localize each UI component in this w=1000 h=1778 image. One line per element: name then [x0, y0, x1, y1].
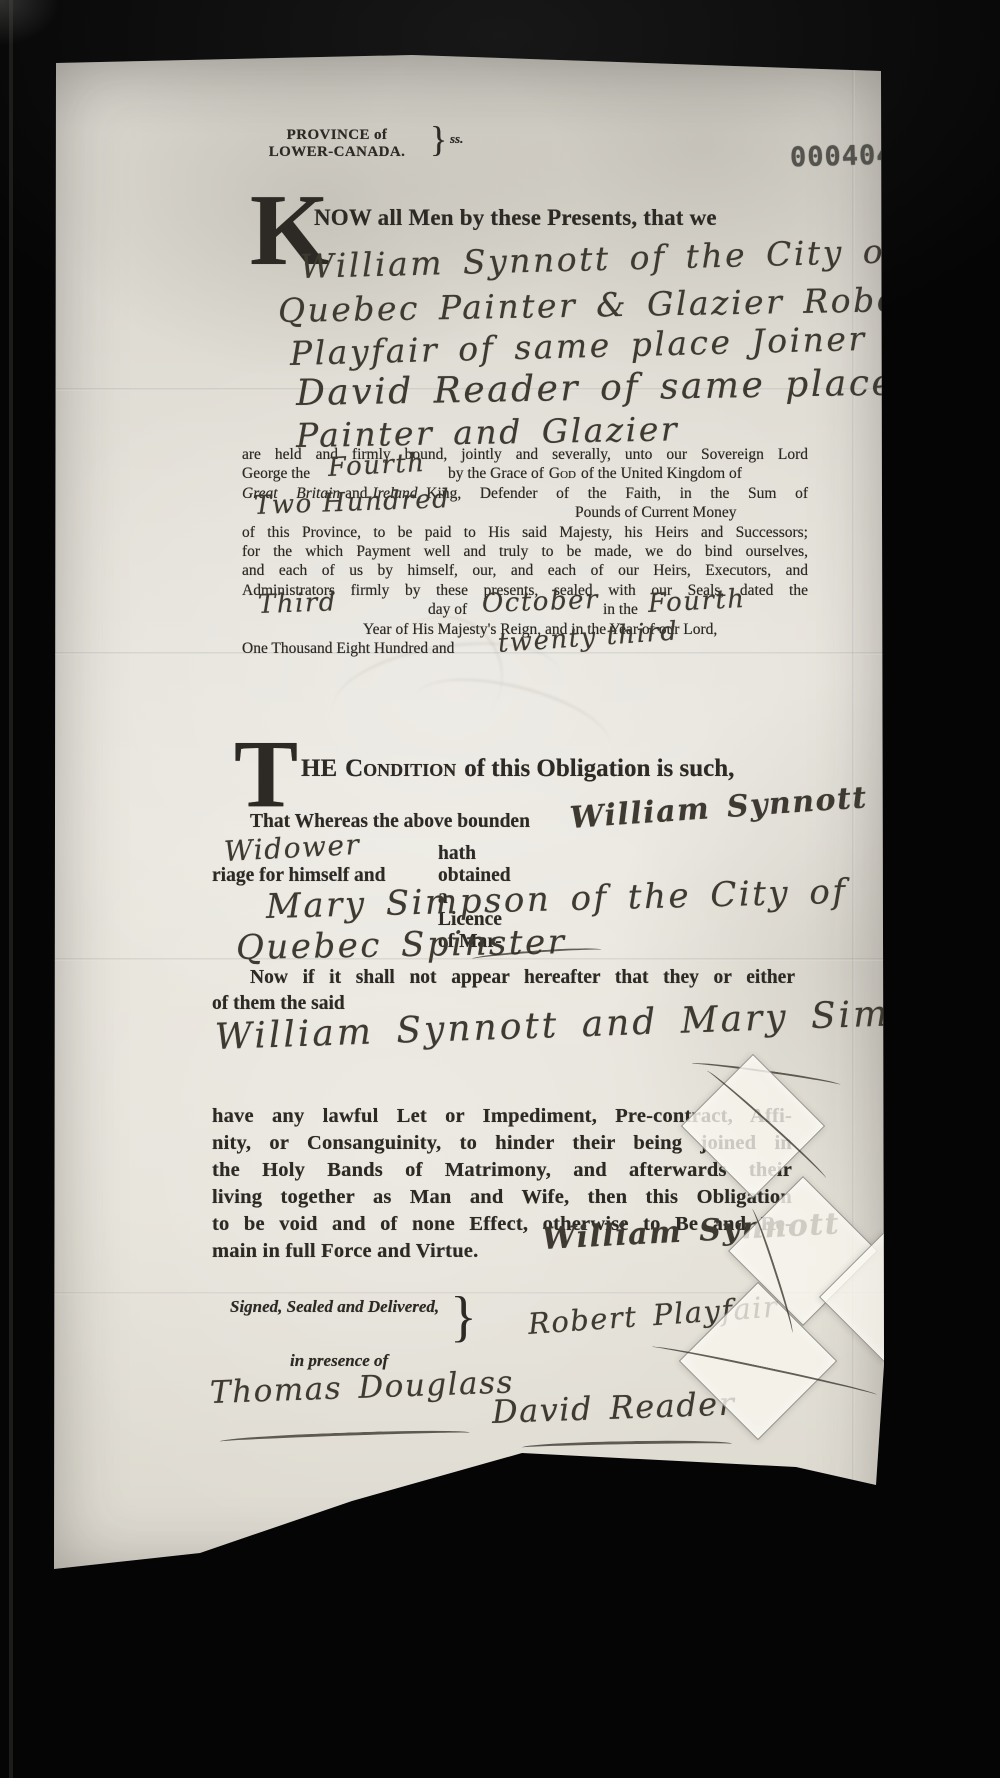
- province-line1: PROVINCE of: [247, 127, 427, 144]
- handwritten-day-third: Third: [258, 593, 338, 615]
- nowif-line2: of them the said: [212, 993, 345, 1015]
- bond-line2: George the Fourth by the Grace ofGodof t…: [242, 464, 808, 483]
- condition-heading: HEConditionof this Obligation is such,: [301, 755, 734, 783]
- signature-surety2: David Reader: [491, 1385, 736, 1431]
- bond-line7: and each of us by himself, our, and each…: [242, 561, 808, 580]
- opening-heading: NOW all Men by these Presents, that we: [314, 205, 717, 231]
- bond-year-pre: One Thousand Eight Hundred and: [242, 640, 454, 657]
- condition-heading-condition: Condition: [345, 755, 456, 782]
- handwritten-year-twenty-third: twenty third: [497, 622, 679, 654]
- handwritten-month-october: October: [482, 591, 600, 614]
- bond-line3-rest: King, Defender of the Faith, in the Sum …: [426, 485, 808, 502]
- whereas-line2: Widower hath obtained a Licence of Mar-: [224, 835, 360, 868]
- whereas-pre: That Whereas the above bounden: [250, 811, 530, 832]
- handwritten-sum-two-hundred: Two Hundred: [254, 490, 451, 516]
- province-header: PROVINCE of LOWER-CANADA.: [247, 127, 427, 161]
- attestation-line1: Signed, Sealed and Delivered,: [230, 1297, 439, 1317]
- impediment-line6: main in full Force and Virtue. William S…: [212, 1238, 792, 1265]
- bond-pounds-text: Pounds of Current Money: [575, 503, 736, 522]
- bond-kingdom-text: of the United Kingdom of: [581, 465, 742, 482]
- attestation-line2: in presence of: [290, 1351, 388, 1371]
- bond-god-smallcaps: God: [549, 465, 576, 482]
- signature-underline-flourish: [522, 1439, 732, 1452]
- bond-line11: One Thousand Eight Hundred and twenty th…: [242, 639, 808, 658]
- document-paper: PROVINCE of LOWER-CANADA. } ss. 000404 K…: [52, 55, 884, 1575]
- bond-line6: for the which Payment well and truly to …: [242, 542, 808, 561]
- bond-line2-post: by the Grace ofGodof the United Kingdom …: [448, 464, 742, 483]
- condition-heading-rest: of this Obligation is such,: [464, 755, 734, 782]
- dropcap-t: T: [234, 737, 298, 812]
- bond-line4: Two Hundred Pounds of Current Money: [242, 503, 808, 522]
- handwritten-regnal-fourth: Fourth: [327, 454, 426, 478]
- bond-line9: Third day of October in the Fourth: [242, 600, 808, 619]
- handwritten-bride-line2: Quebec Spinster: [236, 922, 567, 968]
- impediment-line4: living together as Man and Wife, then th…: [212, 1184, 792, 1211]
- header-brace: }: [430, 121, 447, 157]
- stamp-number: 000404: [790, 140, 894, 174]
- impediment-line3: the Holy Bands of Matrimony, and afterwa…: [212, 1157, 792, 1184]
- handwritten-groom-name: William Synnott: [569, 780, 869, 836]
- bond-day-of-text: day of: [428, 600, 467, 619]
- bond-paragraph: are held and firmly bound, jointly and s…: [242, 445, 808, 658]
- province-line2: LOWER-CANADA.: [247, 144, 427, 161]
- bond-in-the-text: in the: [603, 600, 638, 619]
- scan-background: PROVINCE of LOWER-CANADA. } ss. 000404 K…: [0, 0, 1000, 1778]
- attestation-brace: }: [450, 1289, 477, 1345]
- signature-underline-flourish: [220, 1428, 470, 1446]
- handwritten-widower: Widower: [223, 828, 361, 868]
- whereas-line1: That Whereas the above bounden William S…: [250, 811, 530, 833]
- scanner-edge-strip: [9, 0, 13, 1778]
- signature-witness: Thomas Douglass: [209, 1364, 514, 1411]
- header-ss-abbrev: ss.: [450, 131, 463, 147]
- scan-corner-smudge: [0, 0, 60, 46]
- bond-line2-pre: George the: [242, 465, 310, 482]
- nowif-line1: Now if it shall not appear hereafter tha…: [250, 967, 795, 989]
- bond-grace-text: by the Grace of: [448, 465, 544, 482]
- handwritten-party-line1: William Synnott of the City of: [299, 231, 900, 286]
- handwritten-reign-year-fourth: Fourth: [647, 590, 746, 614]
- impediment-line6-text: main in full Force and Virtue.: [212, 1240, 478, 1262]
- bond-line5: of this Province, to be paid to His said…: [242, 523, 808, 542]
- condition-heading-he: HE: [301, 755, 337, 782]
